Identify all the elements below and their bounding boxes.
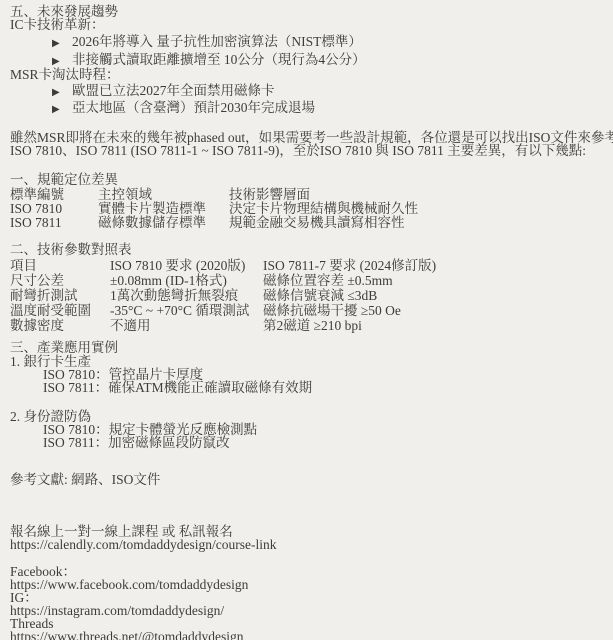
parameter-compare-table: 項目 ISO 7810 要求 (2020版) ISO 7811-7 要求 (20… xyxy=(10,258,613,333)
signup-url: https://calendly.com/tomdaddydesign/cour… xyxy=(10,538,613,551)
bullet-text: 亞太地區（含臺灣）預計2030年完成退場 xyxy=(72,100,315,115)
cell-iso7811-req: 磁條位置容差 ±0.5mm xyxy=(263,273,393,288)
table-row: 耐彎折測試 1萬次動態彎折無裂痕 磁條信號衰減 ≤3dB xyxy=(10,288,613,303)
cell-iso7811-req: 第2磁道 ≥210 bpi xyxy=(263,318,362,333)
bullet-text: 非接觸式讀取距離擴增至 10公分（現行為4公分） xyxy=(72,52,366,67)
table-row: ISO 7811 磁條數據儲存標準 規範金融交易機具讀寫相容性 xyxy=(10,216,613,230)
cell-item: 溫度耐受範圍 xyxy=(10,303,110,318)
triangle-bullet-icon: ▶ xyxy=(52,86,65,99)
header-domain: 主控領域 xyxy=(98,188,229,202)
table-row: 尺寸公差 ±0.08mm (ID-1格式) 磁條位置容差 ±0.5mm xyxy=(10,273,613,288)
facebook-url: https://www.facebook.com/tomdaddydesign xyxy=(10,578,613,591)
cell-iso7810-req: ±0.08mm (ID-1格式) xyxy=(110,273,263,288)
cell-item: 耐彎折測試 xyxy=(10,288,110,303)
bullet-item: ▶非接觸式讀取距離擴增至 10公分（現行為4公分） xyxy=(10,53,613,66)
header-impact: 技術影響層面 xyxy=(229,188,310,202)
header-standard-number: 標準編號 xyxy=(10,188,98,202)
table-header-row: 標準編號 主控領域 技術影響層面 xyxy=(10,188,613,202)
cell-iso7811-req: 磁條抗磁場干擾 ≥50 Oe xyxy=(263,303,401,318)
section-three-title: 三、產業應用實例 xyxy=(10,341,613,354)
application-detail: ISO 7811：確保ATM機能正確讀取磁條有效期 xyxy=(10,381,613,394)
cell-domain: 磁條數據儲存標準 xyxy=(98,216,229,230)
section-one-title: 一、規範定位差異 xyxy=(10,173,613,186)
cell-iso7811-req: 磁條信號衰減 ≤3dB xyxy=(263,288,377,303)
document-page: 五、未來發展趨勢 IC卡技術革新： ▶2026年將導入 量子抗性加密演算法（NI… xyxy=(0,0,613,640)
bullet-item: ▶2026年將導入 量子抗性加密演算法（NIST標準） xyxy=(10,35,613,48)
msr-phaseout-label: MSR卡淘汰時程： xyxy=(10,68,613,81)
intro-paragraph-line2: ISO 7810、ISO 7811 (ISO 7811-1 ~ ISO 7811… xyxy=(10,144,613,157)
cell-iso7810-req: 不適用 xyxy=(110,318,263,333)
cell-impact: 決定卡片物理結構與機械耐久性 xyxy=(229,202,418,216)
bullet-text: 歐盟已立法2027年全面禁用磁條卡 xyxy=(72,83,275,98)
application-detail: ISO 7811：加密磁條區段防竄改 xyxy=(10,436,613,449)
header-iso7810-req: ISO 7810 要求 (2020版) xyxy=(110,258,263,273)
cell-domain: 實體卡片製造標準 xyxy=(98,202,229,216)
cell-standard-number: ISO 7810 xyxy=(10,202,98,216)
header-item: 項目 xyxy=(10,258,110,273)
section-two-title: 二、技術參數對照表 xyxy=(10,243,613,256)
standards-diff-table: 標準編號 主控領域 技術影響層面 ISO 7810 實體卡片製造標準 決定卡片物… xyxy=(10,188,613,230)
table-row: ISO 7810 實體卡片製造標準 決定卡片物理結構與機械耐久性 xyxy=(10,202,613,216)
bullet-text: 2026年將導入 量子抗性加密演算法（NIST標準） xyxy=(72,34,362,49)
header-iso7811-req: ISO 7811-7 要求 (2024修訂版) xyxy=(263,258,436,273)
cell-standard-number: ISO 7811 xyxy=(10,216,98,230)
triangle-bullet-icon: ▶ xyxy=(52,37,65,50)
cell-item: 尺寸公差 xyxy=(10,273,110,288)
references-line: 參考文獻: 網路、ISO文件 xyxy=(10,473,613,486)
cell-item: 數據密度 xyxy=(10,318,110,333)
bullet-item: ▶亞太地區（含臺灣）預計2030年完成退場 xyxy=(10,101,613,114)
bullet-item: ▶歐盟已立法2027年全面禁用磁條卡 xyxy=(10,84,613,97)
threads-url: https://www.threads.net/@tomdaddydesign xyxy=(10,630,613,640)
cell-iso7810-req: 1萬次動態彎折無裂痕 xyxy=(110,288,263,303)
table-row: 溫度耐受範圍 -35°C ~ +70°C 循環測試 磁條抗磁場干擾 ≥50 Oe xyxy=(10,303,613,318)
cell-iso7810-req: -35°C ~ +70°C 循環測試 xyxy=(110,303,263,318)
table-row: 數據密度 不適用 第2磁道 ≥210 bpi xyxy=(10,318,613,333)
table-header-row: 項目 ISO 7810 要求 (2020版) ISO 7811-7 要求 (20… xyxy=(10,258,613,273)
cell-impact: 規範金融交易機具讀寫相容性 xyxy=(229,216,405,230)
ic-card-innovation-label: IC卡技術革新： xyxy=(10,18,613,31)
triangle-bullet-icon: ▶ xyxy=(52,103,65,116)
instagram-url: https://instagram.com/tomdaddydesign/ xyxy=(10,604,613,617)
